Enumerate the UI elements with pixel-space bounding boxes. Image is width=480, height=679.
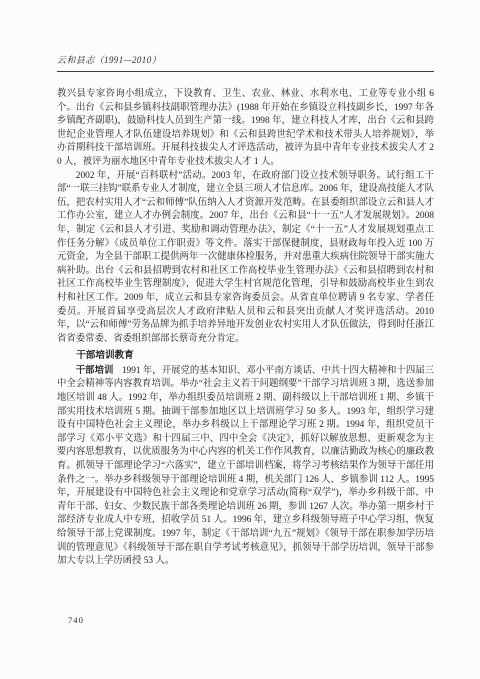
- section-heading-cadre-training-education: 干部培训教育: [57, 349, 434, 363]
- body-text: 教兴县专家咨询小组成立，下设教育、卫生、农业、林业、水利水电、工业等专业小组 6…: [57, 88, 434, 569]
- page-number: 740: [68, 615, 84, 625]
- running-header: 云和县志（1991—2010）: [57, 50, 434, 72]
- running-title: 云和县志（1991—2010）: [57, 55, 161, 65]
- paragraph-talent-2002-2010: 2002 年，开展“百科联村”活动。2003 年，在政府部门设立技术领导职务。试…: [57, 170, 434, 347]
- document-page: 云和县志（1991—2010） 教兴县专家咨询小组成立，下设教育、卫生、农业、林…: [0, 0, 480, 679]
- paragraph-cadre-training-entry: 干部培训1991 年，开展党的基本知识、邓小平南方谈话、中共十四大精神和十四届三…: [57, 365, 434, 569]
- entry-text-cadre-training: 1991 年，开展党的基本知识、邓小平南方谈话、中共十四大精神和十四届三中全会精…: [57, 366, 434, 566]
- header-rule: [57, 71, 434, 72]
- paragraph-talent-continuation: 教兴县专家咨询小组成立，下设教育、卫生、农业、林业、水利水电、工业等专业小组 6…: [57, 88, 434, 170]
- entry-term-cadre-training: 干部培训: [76, 366, 114, 376]
- page-content: 云和县志（1991—2010） 教兴县专家咨询小组成立，下设教育、卫生、农业、林…: [57, 50, 434, 569]
